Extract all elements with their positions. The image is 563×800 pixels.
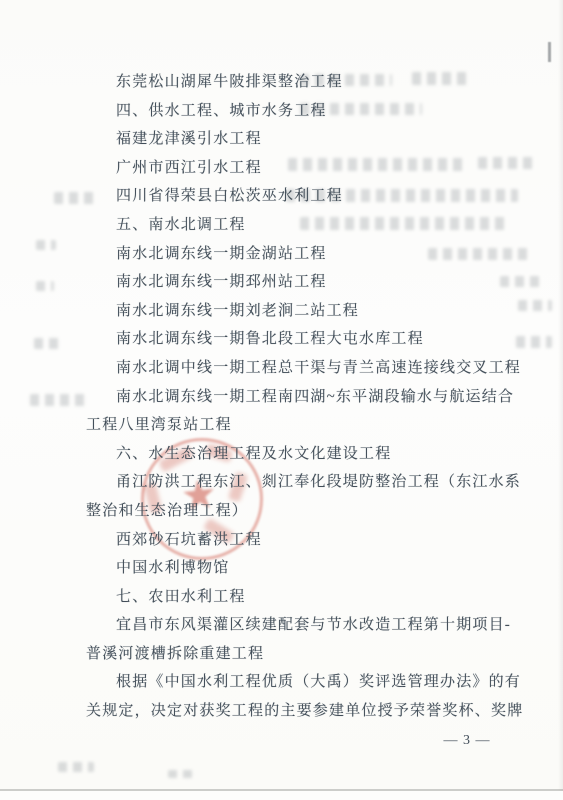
page-number: — 3 —	[427, 733, 507, 749]
text-line: 五、南水北调工程	[86, 211, 523, 240]
text-line: 普溪河渡槽拆除重建工程	[86, 640, 523, 669]
text-line: 整治和生态治理工程）	[86, 497, 523, 526]
text-line: 关规定，决定对获奖工程的主要参建单位授予荣誉奖杯、奖牌	[86, 697, 523, 726]
document-page: 东莞松山湖犀牛陂排渠整治工程四、供水工程、城市水务工程福建龙津溪引水工程广州市西…	[0, 0, 563, 800]
text-line: 工程八里湾泵站工程	[86, 411, 523, 440]
bleedthrough-smudge	[36, 281, 54, 291]
bleedthrough-smudge	[30, 394, 90, 406]
text-line: 中国水利博物馆	[86, 554, 523, 583]
text-line: 根据《中国水利工程优质（大禹）奖评选管理办法》的有	[86, 668, 523, 697]
bleedthrough-smudge	[36, 240, 56, 250]
text-line: 东莞松山湖犀牛陂排渠整治工程	[86, 68, 523, 97]
page-right-edge-shadow	[558, 0, 563, 800]
text-block: 东莞松山湖犀牛陂排渠整治工程四、供水工程、城市水务工程福建龙津溪引水工程广州市西…	[86, 68, 523, 726]
text-line: 南水北调东线一期刘老涧二站工程	[86, 297, 523, 326]
text-line: 六、水生态治理工程及水文化建设工程	[86, 440, 523, 469]
text-line: 福建龙津溪引水工程	[86, 125, 523, 154]
text-line: 南水北调东线一期鲁北段工程大屯水库工程	[86, 325, 523, 354]
page-bottom-strip	[0, 791, 563, 800]
text-line: 广州市西江引水工程	[86, 154, 523, 183]
text-line: 南水北调东线一期邳州站工程	[86, 268, 523, 297]
text-line: 宜昌市东风渠灌区续建配套与节水改造工程第十期项目-	[86, 611, 523, 640]
text-line: 四、供水工程、城市水务工程	[86, 97, 523, 126]
text-line: 南水北调东线一期金湖站工程	[86, 240, 523, 269]
bleedthrough-smudge	[34, 338, 64, 349]
text-line: 甬江防洪工程东江、剡江奉化段堤防整治工程（东江水系	[86, 468, 523, 497]
text-line: 四川省得荣县白松茨巫水利工程	[86, 182, 523, 211]
bleedthrough-smudge	[58, 762, 94, 772]
text-line: 南水北调中线一期工程总干渠与青兰高速连接线交叉工程	[86, 354, 523, 383]
text-line: 七、农田水利工程	[86, 583, 523, 612]
text-line: 南水北调东线一期工程南四湖~东平湖段输水与航运结合	[86, 383, 523, 412]
bleedthrough-smudge	[168, 770, 198, 778]
scan-edge-mark	[548, 42, 551, 62]
text-line: 西郊砂石坑蓄洪工程	[86, 526, 523, 555]
